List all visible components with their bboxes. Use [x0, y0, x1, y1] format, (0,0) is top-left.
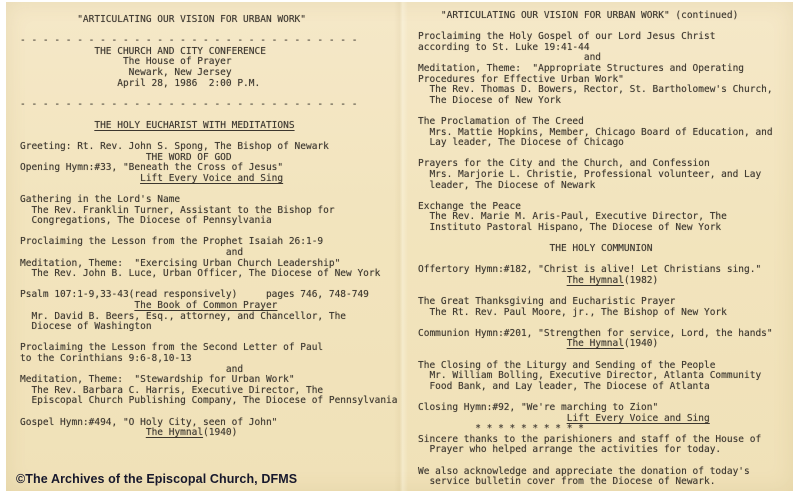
text-segment: Diocese of Washington	[20, 321, 152, 332]
text-segment: (1940)	[624, 338, 658, 349]
text-line: THE HOLY EUCHARIST WITH MEDITATIONS	[20, 121, 398, 132]
underlined-text-segment: Lift Every Voice and Sing	[140, 173, 283, 184]
text-segment: The Rev. John B. Luce, Urban Officer, Th…	[20, 268, 380, 279]
text-segment: Greeting: Rt. Rev. John S. Spong, The Bi…	[20, 141, 329, 152]
text-segment: * * * * * * * * * *	[418, 423, 584, 434]
text-line: - - - - - - - - - - - - - - - - - - - - …	[20, 100, 398, 111]
text-line: service bulletin cover from the Diocese …	[418, 477, 773, 488]
text-segment: Gathering in the Lord's Name	[20, 194, 180, 205]
text-segment	[20, 300, 134, 311]
text-segment: The Rev. Franklin Turner, Assistant to t…	[20, 205, 335, 216]
text-segment: - - - - - - - - - - - - - - - - - - - - …	[20, 99, 357, 110]
text-line: The Rev. John B. Luce, Urban Officer, Th…	[20, 269, 398, 280]
text-segment: The Rev. Thomas D. Bowers, Rector, St. B…	[418, 84, 773, 95]
text-segment: The Great Thanksgiving and Eucharistic P…	[418, 296, 675, 307]
text-line: The Hymnal(1940)	[418, 339, 773, 350]
text-segment: Mrs. Mattie Hopkins, Member, Chicago Boa…	[418, 127, 773, 138]
underlined-text-segment: The Book of Common Prayer	[134, 300, 277, 311]
text-line: Food Bank, and Lay leader, The Diocese o…	[418, 382, 773, 393]
archives-watermark: ©The Archives of the Episcopal Church, D…	[16, 472, 297, 486]
text-segment: April 28, 1986 2:00 P.M.	[20, 78, 260, 89]
text-segment: The Rev. Marie M. Aris-Paul, Executive D…	[418, 211, 727, 222]
text-segment: and	[20, 364, 243, 375]
text-segment	[20, 427, 146, 438]
text-segment: The Closing of the Liturgy and Sending o…	[418, 360, 715, 371]
text-line: Congregations, The Diocese of Pennsylvan…	[20, 216, 398, 227]
text-segment	[418, 413, 567, 424]
text-line: Lay leader, The Diocese of Chicago	[418, 138, 773, 149]
text-segment: Offertory Hymn:#182, "Christ is alive! L…	[418, 264, 761, 275]
text-segment: Meditation, Theme: "Appropriate Structur…	[418, 63, 744, 74]
text-segment: THE CHURCH AND CITY CONFERENCE	[20, 46, 266, 57]
text-segment: Psalm 107:1-9,33-43(read responsively) p…	[20, 289, 369, 300]
text-segment: Mr. William Bolling, Executive Director,…	[418, 370, 761, 381]
text-line: Episcopal Church Publishing Company, The…	[20, 396, 398, 407]
text-segment: and	[418, 52, 601, 63]
underlined-text-segment: Lift Every Voice and Sing	[567, 413, 710, 424]
text-segment: We also acknowledge and appreciate the d…	[418, 466, 750, 477]
underlined-text-segment: The Hymnal	[567, 275, 624, 286]
text-segment: Episcopal Church Publishing Company, The…	[20, 395, 398, 406]
text-segment	[418, 338, 567, 349]
text-segment: Prayers for the City and the Church, and…	[418, 158, 710, 169]
text-line: The Hymnal(1982)	[418, 276, 773, 287]
text-segment	[20, 173, 140, 184]
text-segment: The House of Prayer	[20, 56, 232, 67]
text-segment: Lay leader, The Diocese of Chicago	[418, 137, 624, 148]
text-segment: Proclaiming the Lesson from the Second L…	[20, 342, 323, 353]
right-page-column: "ARTICULATING OUR VISION FOR URBAN WORK"…	[418, 11, 773, 488]
text-segment: Newark, New Jersey	[20, 67, 232, 78]
text-segment: Sincere thanks to the parishioners and s…	[418, 434, 761, 445]
text-segment: Gospel Hymn:#494, "O Holy City, seen of …	[20, 417, 277, 428]
text-segment: The Rev. Barbara C. Harris, Executive Di…	[20, 385, 323, 396]
text-segment: "ARTICULATING OUR VISION FOR URBAN WORK"	[20, 14, 306, 25]
text-segment: (1982)	[624, 275, 658, 286]
text-segment: Communion Hymn:#201, "Strengthen for ser…	[418, 328, 773, 339]
text-segment: leader, The Diocese of Newark	[418, 180, 595, 191]
text-segment: Opening Hymn:#33, "Beneath the Cross of …	[20, 162, 283, 173]
bulletin-scan-page: "ARTICULATING OUR VISION FOR URBAN WORK"…	[6, 2, 793, 491]
text-segment: Proclaiming the Lesson from the Prophet …	[20, 236, 323, 247]
text-segment: according to St. Luke 19:41-44	[418, 42, 590, 53]
underlined-text-segment: The Hymnal	[146, 427, 203, 438]
text-line: "ARTICULATING OUR VISION FOR URBAN WORK"	[20, 15, 398, 26]
text-segment	[20, 120, 94, 131]
text-line: THE HOLY COMMUNION	[418, 244, 773, 255]
text-line: Lift Every Voice and Sing	[20, 174, 398, 185]
text-segment: The Rt. Rev. Paul Moore, jr., The Bishop…	[418, 307, 727, 318]
underlined-text-segment: The Hymnal	[567, 338, 624, 349]
text-line: Diocese of Washington	[20, 322, 398, 333]
text-segment: and	[20, 247, 243, 258]
text-line: Instituto Pastoral Hispano, The Diocese …	[418, 223, 773, 234]
text-segment: The Proclamation of The Creed	[418, 116, 584, 127]
text-segment: service bulletin cover from the Diocese …	[418, 476, 715, 487]
text-segment: Closing Hymn:#92, "We're marching to Zio…	[418, 402, 658, 413]
left-page-column: "ARTICULATING OUR VISION FOR URBAN WORK"…	[20, 15, 398, 439]
text-segment: Proclaiming the Holy Gospel of our Lord …	[418, 31, 715, 42]
text-segment	[418, 275, 567, 286]
text-segment: Exchange the Peace	[418, 201, 521, 212]
text-segment: THE HOLY COMMUNION	[418, 243, 653, 254]
text-line: The Rt. Rev. Paul Moore, jr., The Bishop…	[418, 308, 773, 319]
text-segment: (1940)	[203, 427, 237, 438]
text-line: April 28, 1986 2:00 P.M.	[20, 79, 398, 90]
text-segment: Prayer who helped arrange the activities…	[418, 444, 721, 455]
text-line: "ARTICULATING OUR VISION FOR URBAN WORK"…	[418, 11, 773, 22]
text-segment: Mrs. Marjorie L. Christie, Professional …	[418, 169, 761, 180]
text-segment: "ARTICULATING OUR VISION FOR URBAN WORK"…	[418, 10, 738, 21]
text-segment: Mr. David B. Beers, Esq., attorney, and …	[20, 311, 346, 322]
text-segment: Meditation, Theme: "Exercising Urban Chu…	[20, 258, 340, 269]
text-segment: - - - - - - - - - - - - - - - - - - - - …	[20, 35, 357, 46]
text-segment: Procedures for Effective Urban Work"	[418, 74, 624, 85]
underlined-text-segment: THE HOLY EUCHARIST WITH MEDITATIONS	[94, 120, 294, 131]
text-line: leader, The Diocese of Newark	[418, 181, 773, 192]
text-segment: Congregations, The Diocese of Pennsylvan…	[20, 215, 272, 226]
text-line: The Diocese of New York	[418, 96, 773, 107]
text-segment: THE WORD OF GOD	[20, 152, 232, 163]
text-segment: The Diocese of New York	[418, 95, 561, 106]
text-segment: Instituto Pastoral Hispano, The Diocese …	[418, 222, 721, 233]
text-segment: Meditation, Theme: "Stewardship for Urba…	[20, 374, 295, 385]
text-line: Prayer who helped arrange the activities…	[418, 445, 773, 456]
text-segment: Food Bank, and Lay leader, The Diocese o…	[418, 381, 710, 392]
text-line: The Hymnal(1940)	[20, 428, 398, 439]
text-segment: to the Corinthians 9:6-8,10-13	[20, 353, 192, 364]
